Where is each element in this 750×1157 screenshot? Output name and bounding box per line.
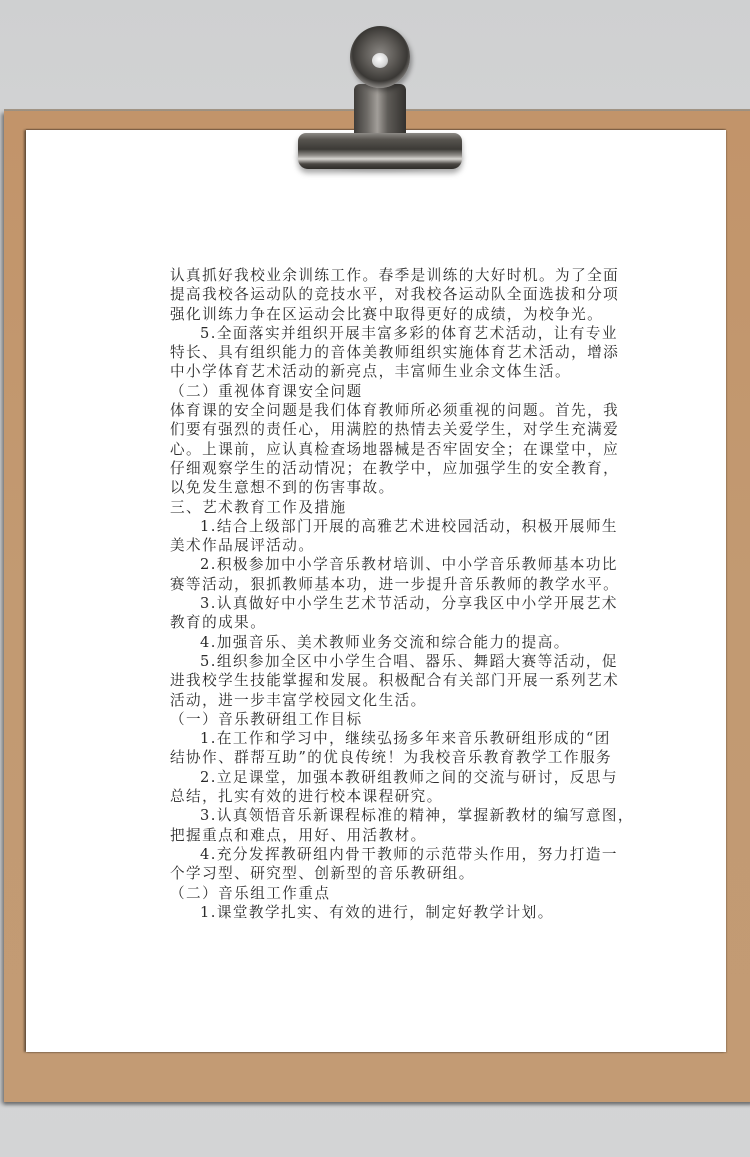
text-line: 认真抓好我校业余训练工作。春季是训练的大好时机。为了全面 [170,266,590,285]
text-line: 结协作、群帮互助”的优良传统！为我校音乐教育教学工作服务 [170,748,590,767]
section-heading: （一）音乐教研组工作目标 [170,710,590,729]
text-line: 3.认真做好中小学生艺术节活动，分享我区中小学开展艺术 [170,594,590,613]
text-line: 特长、具有组织能力的音体美教师组织实施体育艺术活动，增添 [170,343,590,362]
text-line: 心。上课前，应认真检查场地器械是否牢固安全；在课堂中，应 [170,440,590,459]
text-line: 以免发生意想不到的伤害事故。 [170,478,590,497]
text-line: 提高我校各运动队的竞技水平，对我校各运动队全面选拔和分项 [170,285,590,304]
text-line: 1.在工作和学习中，继续弘扬多年来音乐教研组形成的“团 [170,729,590,748]
binder-clip-icon [298,133,462,169]
text-line: 1.结合上级部门开展的高雅艺术进校园活动，积极开展师生 [170,517,590,536]
text-line: 活动，进一步丰富学校园文化生活。 [170,691,590,710]
text-line: 美术作品展评活动。 [170,536,590,555]
text-line: 强化训练力争在区运动会比赛中取得更好的成绩，为校争光。 [170,305,590,324]
section-heading: （二）音乐组工作重点 [170,884,590,903]
text-line: 赛等活动，狠抓教师基本功，进一步提升音乐教师的教学水平。 [170,575,590,594]
text-line: 4.充分发挥教研组内骨干教师的示范带头作用，努力打造一 [170,845,590,864]
section-heading: （二）重视体育课安全问题 [170,382,590,401]
text-line: 2.积极参加中小学音乐教材培训、中小学音乐教师基本功比 [170,555,590,574]
text-line: 们要有强烈的责任心，用满腔的热情去关爱学生，对学生充满爱 [170,420,590,439]
text-line: 2.立足课堂，加强本教研组教师之间的交流与研讨，反思与 [170,768,590,787]
clip-hole [372,53,388,68]
document-body: 认真抓好我校业余训练工作。春季是训练的大好时机。为了全面 提高我校各运动队的竞技… [170,266,590,922]
text-line: 5.组织参加全区中小学生合唱、器乐、舞蹈大赛等活动，促 [170,652,590,671]
clip-neck [354,84,406,140]
text-line: 3.认真领悟音乐新课程标准的精神，掌握新教材的编写意图， [170,806,590,825]
text-line: 总结，扎实有效的进行校本课程研究。 [170,787,590,806]
text-line: 教育的成果。 [170,613,590,632]
text-line: 进我校学生技能掌握和发展。积极配合有关部门开展一系列艺术 [170,671,590,690]
text-line: 5.全面落实并组织开展丰富多彩的体育艺术活动，让有专业 [170,324,590,343]
text-line: 中小学体育艺术活动的新亮点，丰富师生业余文体生活。 [170,362,590,381]
text-line: 把握重点和难点，用好、用活教材。 [170,826,590,845]
text-line: 4.加强音乐、美术教师业务交流和综合能力的提高。 [170,633,590,652]
text-line: 个学习型、研究型、创新型的音乐教研组。 [170,864,590,883]
text-line: 仔细观察学生的活动情况；在教学中，应加强学生的安全教育， [170,459,590,478]
text-line: 1.课堂教学扎实、有效的进行，制定好教学计划。 [170,903,590,922]
text-line: 体育课的安全问题是我们体育教师所必须重视的问题。首先，我 [170,401,590,420]
section-heading: 三、艺术教育工作及措施 [170,498,590,517]
